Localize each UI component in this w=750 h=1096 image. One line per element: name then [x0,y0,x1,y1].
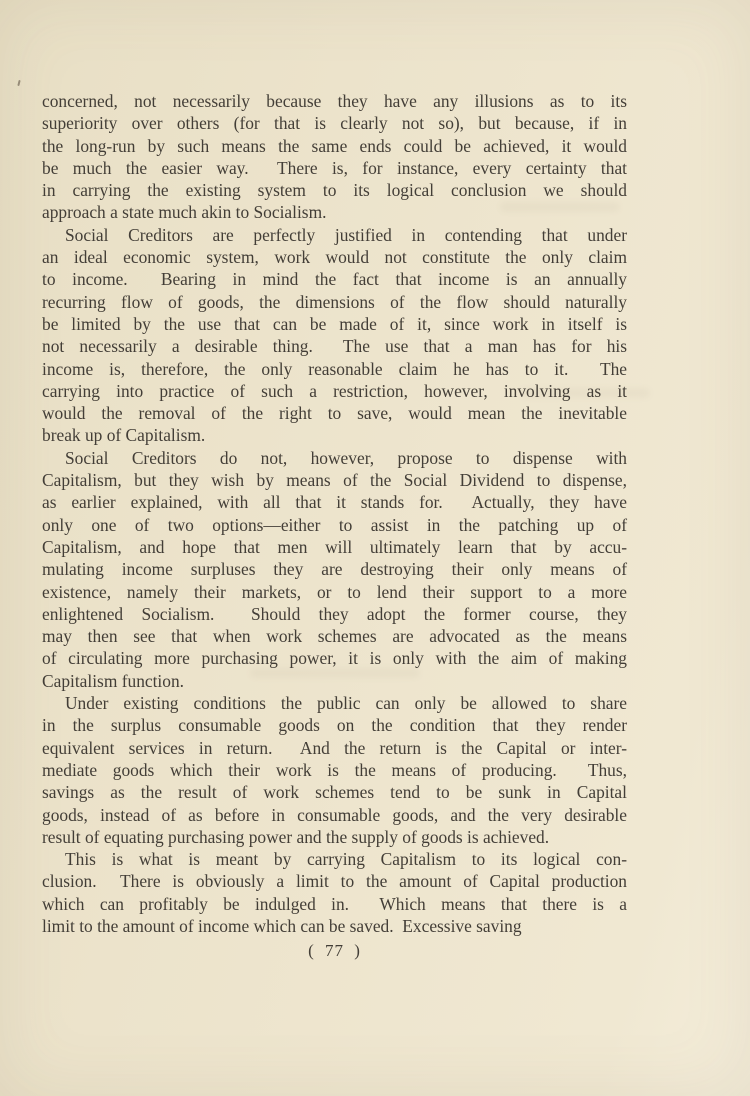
text-line: Under existing conditions the public can… [42,692,627,714]
scanned-page: concerned, not necessarily because they … [0,0,750,1096]
page-number: ( 77 ) [42,941,627,961]
text-line: Capitalism function. [42,670,627,692]
text-line: recurring flow of goods, the dimensions … [42,291,627,313]
text-line: carrying into practice of such a restric… [42,380,627,402]
text-line: Social Creditors are perfectly justified… [42,224,627,246]
text-line: savings as the result of work schemes te… [42,781,627,803]
text-line: This is what is meant by carrying Capita… [42,848,627,870]
paragraph: Social Creditors do not, however, propos… [42,447,627,692]
text-line: be limited by the use that can be made o… [42,313,627,335]
text-line: in carrying the existing system to its l… [42,179,627,201]
text-line: which can profitably be indulged in. Whi… [42,893,627,915]
text-line: Capitalism, but they wish by means of th… [42,469,627,491]
text-block: concerned, not necessarily because they … [42,90,627,937]
text-line: enlightened Socialism. Should they adopt… [42,603,627,625]
paragraph: concerned, not necessarily because they … [42,90,627,224]
text-line: of circulating more purchasing power, it… [42,647,627,669]
text-line: concerned, not necessarily because they … [42,90,627,112]
paragraph: Social Creditors are perfectly justified… [42,224,627,447]
text-line: clusion. There is obviously a limit to t… [42,870,627,892]
text-line: be much the easier way. There is, for in… [42,157,627,179]
text-line: would the removal of the right to save, … [42,402,627,424]
text-line: Capitalism, and hope that men will ultim… [42,536,627,558]
text-line: break up of Capitalism. [42,424,627,446]
text-line: not necessarily a desirable thing. The u… [42,335,627,357]
text-line: superiority over others (for that is cle… [42,112,627,134]
text-line: result of equating purchasing power and … [42,826,627,848]
text-line: only one of two options—either to assist… [42,514,627,536]
text-line: approach a state much akin to Socialism. [42,201,627,223]
text-line: to income. Bearing in mind the fact that… [42,268,627,290]
text-line: limit to the amount of income which can … [42,915,627,937]
text-line: mediate goods which their work is the me… [42,759,627,781]
paragraph: Under existing conditions the public can… [42,692,627,848]
text-line: an ideal economic system, work would not… [42,246,627,268]
paper-speck [17,80,20,86]
text-line: may then see that when work schemes are … [42,625,627,647]
text-line: Social Creditors do not, however, propos… [42,447,627,469]
text-line: the long-run by such means the same ends… [42,135,627,157]
text-line: income is, therefore, the only reasonabl… [42,358,627,380]
text-line: as earlier explained, with all that it s… [42,491,627,513]
text-line: mulating income surpluses they are destr… [42,558,627,580]
paragraph: This is what is meant by carrying Capita… [42,848,627,937]
text-line: goods, instead of as before in consumabl… [42,804,627,826]
text-line: in the surplus consumable goods on the c… [42,714,627,736]
text-line: equivalent services in return. And the r… [42,737,627,759]
text-line: existence, namely their markets, or to l… [42,581,627,603]
